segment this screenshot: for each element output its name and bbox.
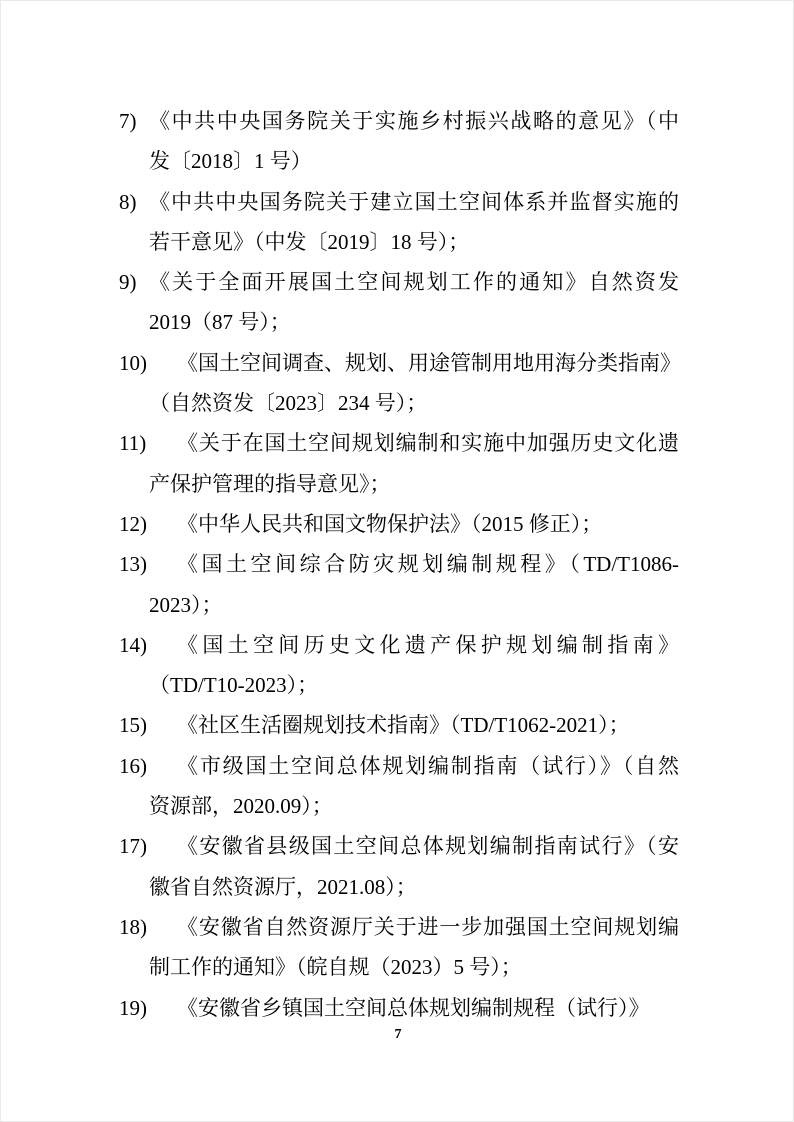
- item-text: 《市级国土空间总体规划编制指南（试行）》（自然: [177, 754, 679, 778]
- list-item-line-continuation: （自然资发〔2023〕234 号）；: [119, 383, 679, 423]
- list-item-line-continuation: 资源部，2020.09）；: [119, 786, 679, 826]
- item-number: 7): [119, 101, 137, 141]
- list-item-line-first: 11)《关于在国土空间规划编制和实施中加强历史文化遗: [119, 423, 679, 463]
- list-item-line-continuation: 2023）；: [119, 585, 679, 625]
- item-text: 《中华人民共和国文物保护法》（2015 修正）；: [177, 512, 602, 536]
- item-text: 《中共中央国务院关于实施乡村振兴战略的意见》（中: [149, 109, 679, 133]
- item-number: 12): [119, 504, 147, 544]
- item-text: 徽省自然资源厅，2021.08）；: [149, 875, 417, 899]
- item-text: （TD/T10-2023）；: [149, 673, 318, 697]
- list-item-line-first: 19)《安徽省乡镇国土空间总体规划编制规程（试行）》: [119, 988, 679, 1028]
- list-item-line-first: 16)《市级国土空间总体规划编制指南（试行）》（自然: [119, 746, 679, 786]
- list-item-line-first: 13)《国土空间综合防灾规划编制规程》（TD/T1086-: [119, 544, 679, 584]
- item-text: 制工作的通知》（皖自规（2023）5 号）；: [149, 955, 522, 979]
- item-text: 《安徽省自然资源厅关于进一步加强国土空间规划编: [177, 915, 679, 939]
- item-text: 发〔2018〕1 号）: [149, 149, 312, 173]
- document-page: 7)《中共中央国务院关于实施乡村振兴战略的意见》（中发〔2018〕1 号）8)《…: [0, 0, 794, 1122]
- item-text: （自然资发〔2023〕234 号）；: [149, 391, 427, 415]
- item-text: 《国土空间历史文化遗产保护规划编制指南》: [177, 633, 679, 657]
- item-text: 《关于全面开展国土空间规划工作的通知》自然资发: [149, 270, 679, 294]
- item-number: 14): [119, 625, 147, 665]
- item-text: 《安徽省乡镇国土空间总体规划编制规程（试行）》: [177, 996, 650, 1020]
- list-item-line-first: 18)《安徽省自然资源厅关于进一步加强国土空间规划编: [119, 907, 679, 947]
- reference-list: 7)《中共中央国务院关于实施乡村振兴战略的意见》（中发〔2018〕1 号）8)《…: [119, 101, 679, 1028]
- item-text: 2019（87 号）；: [149, 310, 291, 334]
- item-text: 资源部，2020.09）；: [149, 794, 333, 818]
- list-item-line-continuation: 徽省自然资源厅，2021.08）；: [119, 867, 679, 907]
- page-number: 7: [1, 1025, 794, 1045]
- item-text: 产保护管理的指导意见》；: [149, 472, 391, 496]
- list-item-line-continuation: （TD/T10-2023）；: [119, 665, 679, 705]
- list-item-line-first: 12)《中华人民共和国文物保护法》（2015 修正）；: [119, 504, 679, 544]
- item-number: 13): [119, 544, 147, 584]
- item-text: 《安徽省县级国土空间总体规划编制指南试行》（安: [177, 834, 679, 858]
- item-number: 15): [119, 705, 147, 745]
- item-text: 《中共中央国务院关于建立国土空间体系并监督实施的: [149, 190, 679, 214]
- list-item-line-first: 17)《安徽省县级国土空间总体规划编制指南试行》（安: [119, 826, 679, 866]
- item-text: 《关于在国土空间规划编制和实施中加强历史文化遗: [177, 431, 679, 455]
- item-number: 9): [119, 262, 137, 302]
- item-text: 若干意见》（中发〔2019〕18 号）；: [149, 230, 469, 254]
- list-item-line-first: 8)《中共中央国务院关于建立国土空间体系并监督实施的: [119, 182, 679, 222]
- list-item-line-first: 9)《关于全面开展国土空间规划工作的通知》自然资发: [119, 262, 679, 302]
- item-number: 19): [119, 988, 147, 1028]
- item-number: 16): [119, 746, 147, 786]
- list-item-line-continuation: 2019（87 号）；: [119, 302, 679, 342]
- item-number: 17): [119, 826, 147, 866]
- list-item-line-continuation: 制工作的通知》（皖自规（2023）5 号）；: [119, 947, 679, 987]
- item-number: 8): [119, 182, 137, 222]
- item-number: 10): [119, 343, 147, 383]
- list-item-line-first: 14)《国土空间历史文化遗产保护规划编制指南》: [119, 625, 679, 665]
- list-item-line-first: 15)《社区生活圈规划技术指南》（TD/T1062-2021）；: [119, 705, 679, 745]
- item-number: 18): [119, 907, 147, 947]
- list-item-line-continuation: 若干意见》（中发〔2019〕18 号）；: [119, 222, 679, 262]
- item-text: 《国土空间调查、规划、用途管制用地用海分类指南》: [177, 351, 679, 375]
- list-item-line-first: 7)《中共中央国务院关于实施乡村振兴战略的意见》（中: [119, 101, 679, 141]
- item-text: 《社区生活圈规划技术指南》（TD/T1062-2021）；: [177, 713, 630, 737]
- list-item-line-first: 10)《国土空间调查、规划、用途管制用地用海分类指南》: [119, 343, 679, 383]
- list-item-line-continuation: 发〔2018〕1 号）: [119, 141, 679, 181]
- item-text: 《国土空间综合防灾规划编制规程》（TD/T1086-: [177, 552, 679, 576]
- item-text: 2023）；: [149, 593, 223, 617]
- list-item-line-continuation: 产保护管理的指导意见》；: [119, 464, 679, 504]
- item-number: 11): [119, 423, 146, 463]
